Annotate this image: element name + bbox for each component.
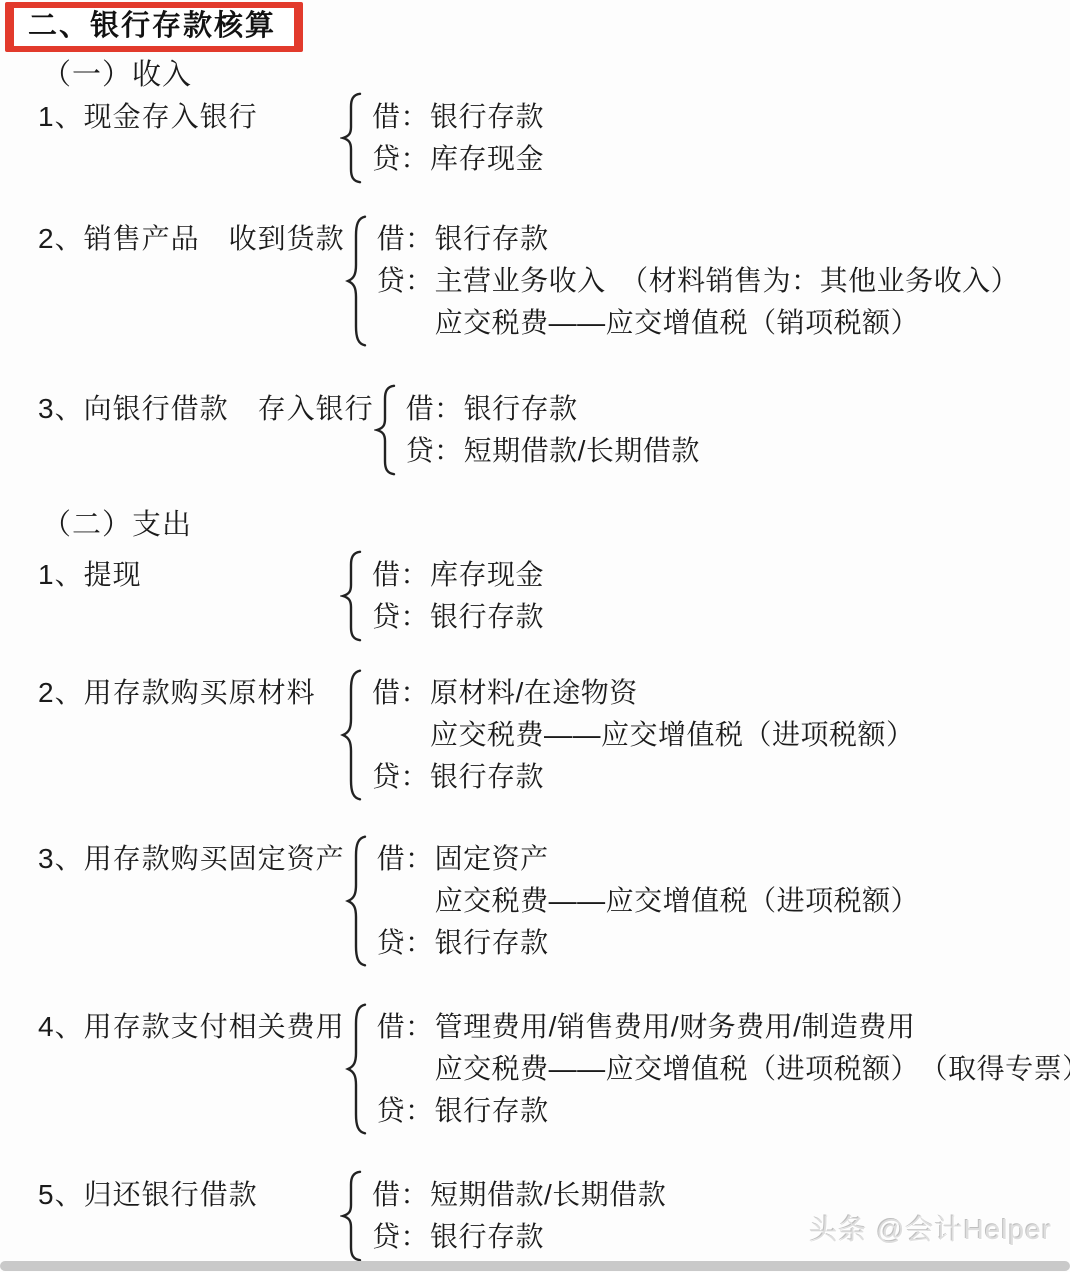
entry-text: 库存现金 <box>430 559 544 590</box>
entry-label: 1、提现 <box>38 550 340 642</box>
entry-prefix: 借： <box>372 1174 430 1216</box>
entry-text: 应交税费——应交增值税（进项税额） <box>435 885 920 916</box>
journal-entry-row: 1、提现 借：库存现金 贷：银行存款 <box>0 550 1070 642</box>
entry-text: 银行存款 <box>430 1221 544 1252</box>
entry-line: 贷：银行存款 <box>372 1216 666 1258</box>
entry-line: 贷：银行存款 <box>372 596 544 638</box>
entry-label: 3、用存款购买固定资产 <box>38 834 345 968</box>
journal-entry-row: 3、用存款购买固定资产 借：固定资产 应交税费——应交增值税（进项税额） 贷：银… <box>0 834 1070 968</box>
entry-lines: 借：固定资产 应交税费——应交增值税（进项税额） 贷：银行存款 <box>369 834 920 968</box>
entry-lines: 借：管理费用/销售费用/财务费用/制造费用 应交税费——应交增值税（进项税额） … <box>369 1002 1070 1136</box>
entry-line: 贷：库存现金 <box>372 138 544 180</box>
entry-line: 借：银行存款 <box>406 388 700 430</box>
entry-lines: 借：原材料/在途物资 应交税费——应交增值税（进项税额） 贷：银行存款 <box>364 668 915 802</box>
entry-text: 应交税费——应交增值税（进项税额） <box>430 719 915 750</box>
watermark: 头条 @会计Helper <box>809 1208 1052 1248</box>
entry-label: 4、用存款支付相关费用 <box>38 1002 345 1136</box>
entry-text: 应交税费——应交增值税（进项税额） （取得专票） <box>435 1053 1070 1084</box>
entry-text: 应交税费——应交增值税（销项税额） <box>435 307 920 338</box>
entry-prefix: 借： <box>372 96 430 138</box>
entry-text: 库存现金 <box>430 143 544 174</box>
journal-entry-row: 1、现金存入银行 借：银行存款 贷：库存现金 <box>0 92 1070 184</box>
entry-prefix: 借： <box>372 672 430 714</box>
entry-prefix: 借： <box>406 388 464 430</box>
entry-text: 管理费用/销售费用/财务费用/制造费用 <box>435 1011 916 1042</box>
entry-prefix: 借： <box>377 838 435 880</box>
entry-prefix: 贷： <box>372 596 430 638</box>
entry-lines: 借：库存现金 贷：银行存款 <box>364 550 544 642</box>
entry-line: 应交税费——应交增值税（进项税额） <box>377 880 920 922</box>
journal-entry-row: 4、用存款支付相关费用 借：管理费用/销售费用/财务费用/制造费用 应交税费——… <box>0 1002 1070 1136</box>
entry-prefix: 借： <box>377 1006 435 1048</box>
entry-line: 贷：银行存款 <box>377 1090 1070 1132</box>
entry-line: 应交税费——应交增值税（销项税额） <box>377 302 1020 344</box>
entry-prefix: 贷： <box>372 1216 430 1258</box>
entry-prefix: 贷： <box>372 756 430 798</box>
entry-line: 贷：银行存款 <box>372 756 915 798</box>
brace-icon <box>345 834 369 968</box>
entry-line: 借：库存现金 <box>372 554 544 596</box>
entry-line: 贷：主营业务收入 （材料销售为：其他业务收入） <box>377 260 1020 302</box>
entry-text: 主营业务收入 （材料销售为：其他业务收入） <box>435 265 1020 296</box>
entry-text: 银行存款 <box>435 1095 549 1126</box>
journal-entry-row: 2、用存款购买原材料 借：原材料/在途物资 应交税费——应交增值税（进项税额） … <box>0 668 1070 802</box>
page-title: 二、银行存款核算 <box>14 8 294 46</box>
journal-entry-row: 2、销售产品 收到货款 借：银行存款 贷：主营业务收入 （材料销售为：其他业务收… <box>0 214 1070 348</box>
entry-text: 固定资产 <box>435 843 549 874</box>
entry-text: 银行存款 <box>464 393 578 424</box>
entry-prefix: 借： <box>372 554 430 596</box>
entry-lines: 借：银行存款 贷：库存现金 <box>364 92 544 184</box>
brace-icon <box>374 384 398 476</box>
entry-prefix: 贷： <box>372 138 430 180</box>
entry-prefix: 贷： <box>377 922 435 964</box>
entry-text: 银行存款 <box>430 101 544 132</box>
document-page: 二、银行存款核算 （一）收入 1、现金存入银行 借：银行存款 贷：库存现金 2、… <box>0 0 1070 1272</box>
entry-prefix: 贷： <box>377 1090 435 1132</box>
entry-line: 借：固定资产 <box>377 838 920 880</box>
entry-line: 借：短期借款/长期借款 <box>372 1174 666 1216</box>
title-red-box: 二、银行存款核算 <box>5 2 303 52</box>
entry-line: 应交税费——应交增值税（进项税额） <box>372 714 915 756</box>
entry-label: 3、向银行借款 存入银行 <box>38 384 374 476</box>
brace-icon <box>345 1002 369 1136</box>
entry-prefix: 借： <box>377 218 435 260</box>
subsection-heading-expense: （二）支出 <box>42 508 1070 542</box>
entry-text: 银行存款 <box>435 927 549 958</box>
entry-prefix: 贷： <box>377 260 435 302</box>
entry-text: 短期借款/长期借款 <box>430 1179 666 1210</box>
entry-text: 银行存款 <box>430 761 544 792</box>
entry-text: 银行存款 <box>430 601 544 632</box>
entry-label: 5、归还银行借款 <box>38 1170 340 1262</box>
entry-text: 短期借款/长期借款 <box>464 435 700 466</box>
entry-text: 银行存款 <box>435 223 549 254</box>
brace-icon <box>340 668 364 802</box>
brace-icon <box>340 1170 364 1262</box>
brace-icon <box>345 214 369 348</box>
entry-label: 2、用存款购买原材料 <box>38 668 340 802</box>
entry-line: 借：管理费用/销售费用/财务费用/制造费用 <box>377 1006 1070 1048</box>
entry-text: 原材料/在途物资 <box>430 677 638 708</box>
entry-lines: 借：银行存款 贷：主营业务收入 （材料销售为：其他业务收入） 应交税费——应交增… <box>369 214 1020 348</box>
entry-line: 贷：银行存款 <box>377 922 920 964</box>
entry-lines: 借：短期借款/长期借款 贷：银行存款 <box>364 1170 666 1262</box>
entry-line: 应交税费——应交增值税（进项税额） （取得专票） <box>377 1048 1070 1090</box>
entry-label: 1、现金存入银行 <box>38 92 340 184</box>
entry-line: 借：银行存款 <box>377 218 1020 260</box>
entry-label: 2、销售产品 收到货款 <box>38 214 345 348</box>
bottom-bar <box>0 1261 1070 1271</box>
entry-line: 贷：短期借款/长期借款 <box>406 430 700 472</box>
entry-prefix: 贷： <box>406 430 464 472</box>
entry-lines: 借：银行存款 贷：短期借款/长期借款 <box>398 384 700 476</box>
brace-icon <box>340 550 364 642</box>
section-title-banner: 二、银行存款核算 <box>5 2 1070 52</box>
entry-line: 借：原材料/在途物资 <box>372 672 915 714</box>
subsection-heading-income: （一）收入 <box>42 58 1070 92</box>
entry-line: 借：银行存款 <box>372 96 544 138</box>
journal-entry-row: 3、向银行借款 存入银行 借：银行存款 贷：短期借款/长期借款 <box>0 384 1070 476</box>
brace-icon <box>340 92 364 184</box>
